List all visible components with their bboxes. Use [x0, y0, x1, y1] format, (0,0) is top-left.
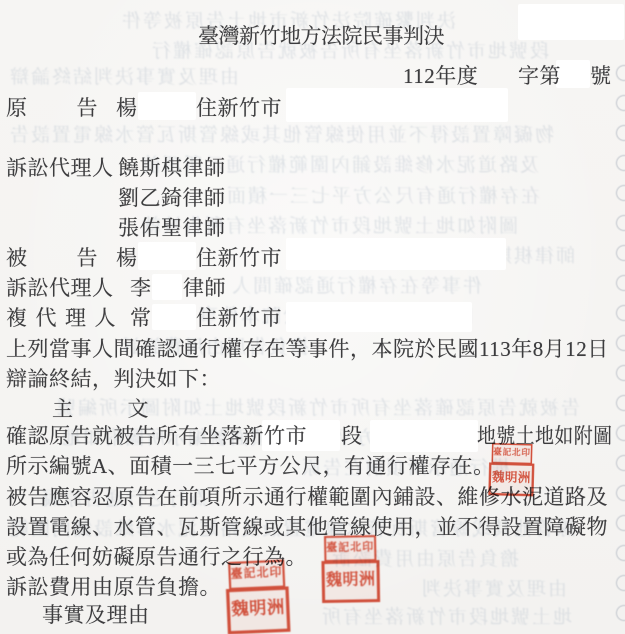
seal-bottom-glyphs: 魏明洲 [488, 462, 534, 496]
document-title: 臺灣新竹地方法院民事判決 [198, 24, 444, 48]
red-seal-stamp: 臺記北印 魏明洲 [491, 443, 535, 496]
plaintiff-name: 楊 [116, 96, 138, 120]
deputy-counsel-name: 常 [130, 306, 152, 330]
deputy-counsel-address: 住新竹市 [196, 306, 282, 330]
scanned-court-judgment-page: { "colors": { "paper": "#f6f5f3", "ink":… [0, 0, 625, 634]
case-number-line: 112年度 [403, 64, 478, 88]
facts-reasons-heading: 事實及理由 [42, 603, 150, 627]
defendant-counsel-suffix: 律師 [183, 276, 226, 300]
deputy-counsel-label: 複代理人 [6, 306, 116, 330]
intro-line-2: 辯論終結，判決如下： [6, 367, 221, 391]
holding-line-1a: 確認原告就被告所有坐落新竹市 [6, 424, 307, 448]
red-seal-stamp: 臺記北印 魏明洲 [228, 559, 290, 634]
seal-bottom-glyphs: 魏明洲 [226, 586, 291, 634]
judgment-text-layer: 臺灣新竹地方法院民事判決 112年度 字第 號 原告 楊 住新竹市 訴訟代理人 … [0, 0, 625, 634]
main-text-heading: 主文 [52, 397, 149, 421]
case-label: 字第 [518, 64, 561, 88]
main-text-heading-label: 主文 [52, 397, 149, 421]
case-suffix: 號 [590, 64, 612, 88]
defendant-address: 住新竹市 [196, 246, 282, 270]
seal-top-glyphs: 臺記北印 [491, 443, 532, 464]
defendant-counsel-label: 訴訟代理人 [6, 276, 114, 300]
plaintiff-role-label: 原告 [6, 96, 98, 120]
seal-top-glyphs: 臺記北印 [228, 560, 285, 591]
intro-line-1: 上列當事人間確認通行權存在等事件，本院於民國113年8月12日 [6, 337, 609, 361]
seal-bottom-glyphs: 魏明洲 [321, 560, 380, 603]
counsel-name-2: 劉乙錡律師 [118, 186, 226, 210]
defendant-role-label: 被告 [6, 246, 98, 270]
red-seal-stamp: 臺記北印 魏明洲 [324, 535, 380, 603]
case-year: 112年度 [403, 64, 478, 88]
holding-line-1b: 段 [341, 424, 363, 448]
holding-line-2: 所示編號A、面積一三七平方公尺，有通行權存在。 [6, 454, 495, 478]
defendant-counsel-name: 李 [130, 276, 152, 300]
counsel-name-1: 饒斯棋律師 [118, 156, 226, 180]
defendant-name: 楊 [116, 246, 138, 270]
plaintiff-row: 原告 [6, 96, 98, 120]
holding-line-4: 設置電線、水管、瓦斯管線或其他管線使用，並不得設置障礙物 [6, 515, 608, 539]
costs-line: 訴訟費用由原告負擔。 [6, 575, 221, 599]
plaintiff-address: 住新竹市 [196, 96, 282, 120]
seal-top-glyphs: 臺記北印 [324, 535, 376, 562]
deputy-counsel-row: 複代理人 [6, 306, 116, 330]
counsel-name-3: 張佑聖律師 [118, 216, 226, 240]
defendant-row: 被告 [6, 246, 98, 270]
plaintiff-counsel-label: 訴訟代理人 [6, 156, 114, 180]
